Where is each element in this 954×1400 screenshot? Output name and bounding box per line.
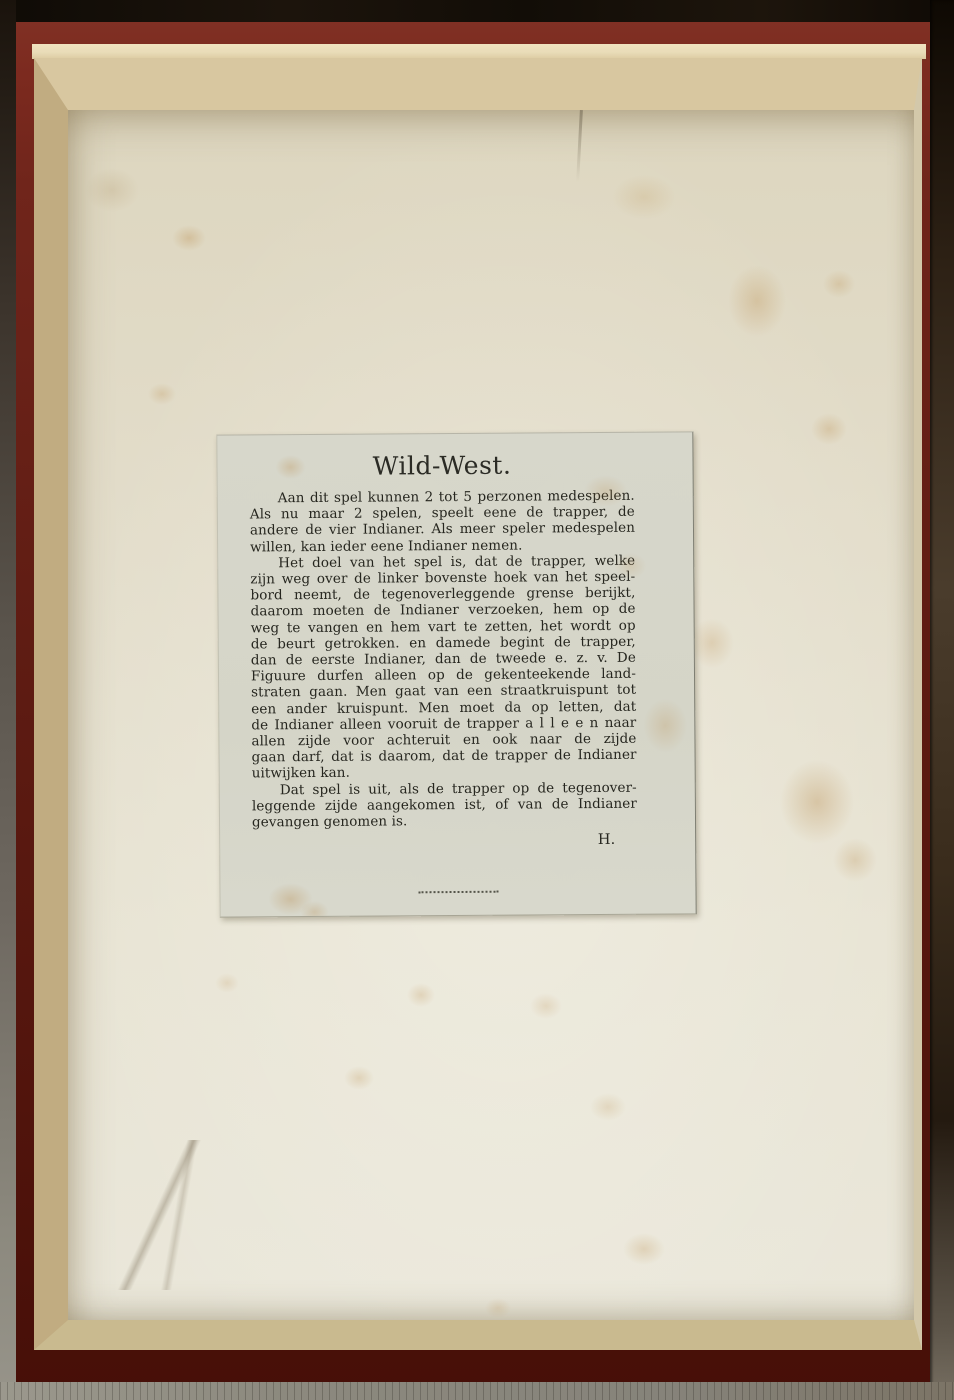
rules-text-line: leggende zijde aangekomen ist, of van de… — [252, 796, 637, 815]
rules-signature: H. — [252, 832, 637, 851]
box-lid-photo: Wild-West. Aan dit spel kunnen 2 tot 5 p… — [0, 0, 954, 1400]
rules-label: Wild-West. Aan dit spel kunnen 2 tot 5 p… — [216, 431, 696, 917]
rules-paragraph-2: Het doel van het spel is, dat de trapper… — [250, 553, 637, 783]
dotted-divider — [419, 891, 499, 894]
rules-text: Aan dit spel kunnen 2 tot 5 perzonen med… — [250, 488, 637, 831]
rules-paragraph-1: Aan dit spel kunnen 2 tot 5 perzonen med… — [250, 488, 635, 555]
rules-title: Wild-West. — [249, 449, 634, 484]
tear-mark — [108, 1140, 218, 1290]
wood-table-right-edge — [930, 0, 954, 1400]
rules-text-line: gevangen genomen is. — [252, 812, 637, 831]
paper-fold-edge — [32, 44, 926, 59]
wood-table-top-edge — [0, 0, 954, 22]
wood-table-bottom-edge — [0, 1382, 954, 1400]
wood-table-left-edge — [0, 0, 16, 1400]
rules-text-line: andere de vier Indianer. Als meer speler… — [250, 520, 635, 539]
rules-paragraph-3: Dat spel is uit, als de trapper op de te… — [252, 779, 637, 830]
rules-text-line: gaan darf, dat is daarom, dat de trapper… — [252, 747, 637, 766]
